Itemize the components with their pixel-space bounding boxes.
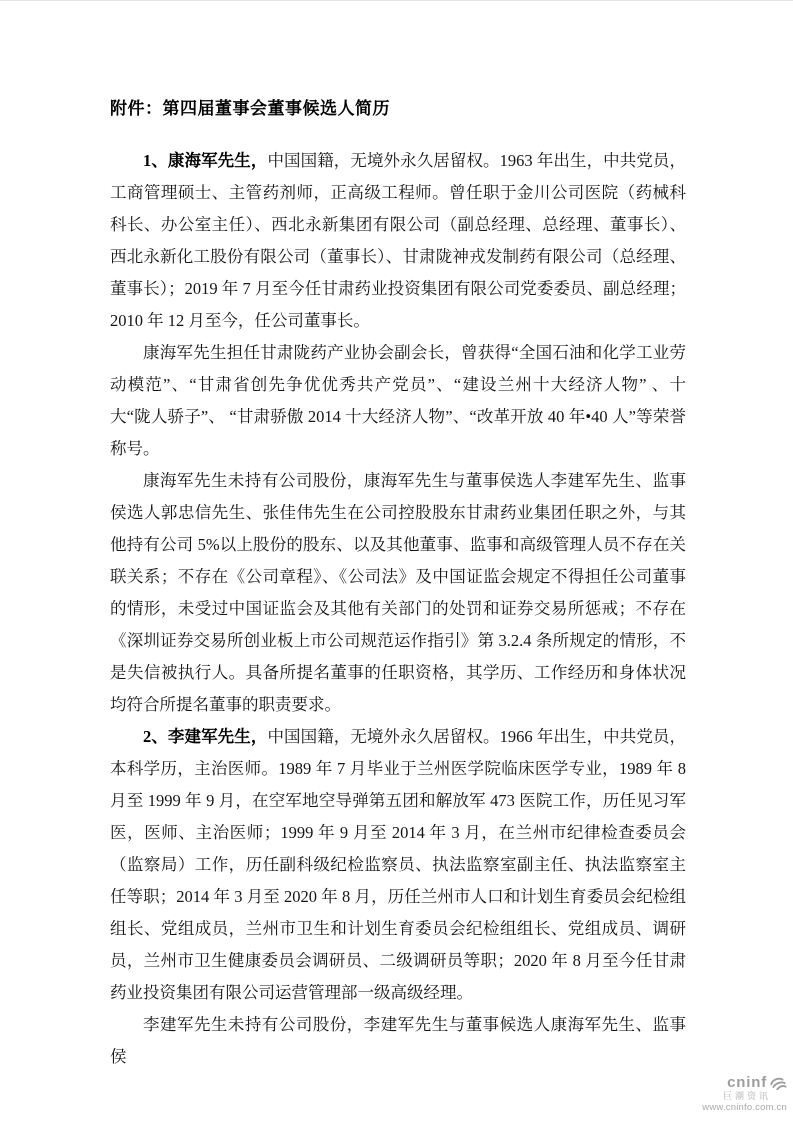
page-top-edge [0,0,793,1]
document-body: 1、康海军先生，中国国籍，无境外永久居留权。1963 年出生，中共党员，工商管理… [110,145,686,1073]
paragraph-5: 李建军先生未持有公司股份，李建军先生与董事候选人康海军先生、监事侯 [110,1009,686,1073]
cninfo-logo-text: cninf [727,1075,767,1090]
document-title: 附件：第四届董事会董事候选人简历 [110,97,686,121]
paragraph-text: 李建军先生未持有公司股份，李建军先生与董事候选人康海军先生、监事侯 [110,1015,686,1066]
cninfo-swirl-icon [769,1075,787,1090]
document-page: 附件：第四届董事会董事候选人简历 1、康海军先生，中国国籍，无境外永久居留权。1… [110,97,686,1073]
cninfo-brand-name: 巨潮资讯 [697,1092,771,1101]
paragraph-text: 康海军先生未持有公司股份，康海军先生与董事侯选人李建军先生、监事侯选人郭忠信先生… [110,471,686,714]
cninfo-website: www.cninfo.com.cn [697,1103,787,1113]
paragraph-2: 康海军先生担任甘肃陇药产业协会副会长，曾获得“全国石油和化学工业劳动模范”、“甘… [110,337,686,465]
paragraph-4: 2、李建军先生，中国国籍，无境外永久居留权。1966 年出生，中共党员，本科学历… [110,721,686,1009]
candidate-name-lead: 1、康海军先生， [143,151,267,170]
paragraph-3: 康海军先生未持有公司股份，康海军先生与董事侯选人李建军先生、监事侯选人郭忠信先生… [110,465,686,721]
cninfo-logo-row: cninf [697,1075,787,1090]
candidate-name-lead: 2、李建军先生， [143,727,267,746]
paragraph-text: 康海军先生担任甘肃陇药产业协会副会长，曾获得“全国石油和化学工业劳动模范”、“甘… [110,343,686,458]
paragraph-1: 1、康海军先生，中国国籍，无境外永久居留权。1963 年出生，中共党员，工商管理… [110,145,686,337]
paragraph-text: 中国国籍，无境外永久居留权。1963 年出生，中共党员，工商管理硕士、主管药剂师… [110,151,686,330]
cninfo-watermark: cninf 巨潮资讯 www.cninfo.com.cn [697,1075,787,1113]
paragraph-text: 中国国籍，无境外永久居留权。1966 年出生，中共党员，本科学历，主治医师。19… [110,727,686,1002]
